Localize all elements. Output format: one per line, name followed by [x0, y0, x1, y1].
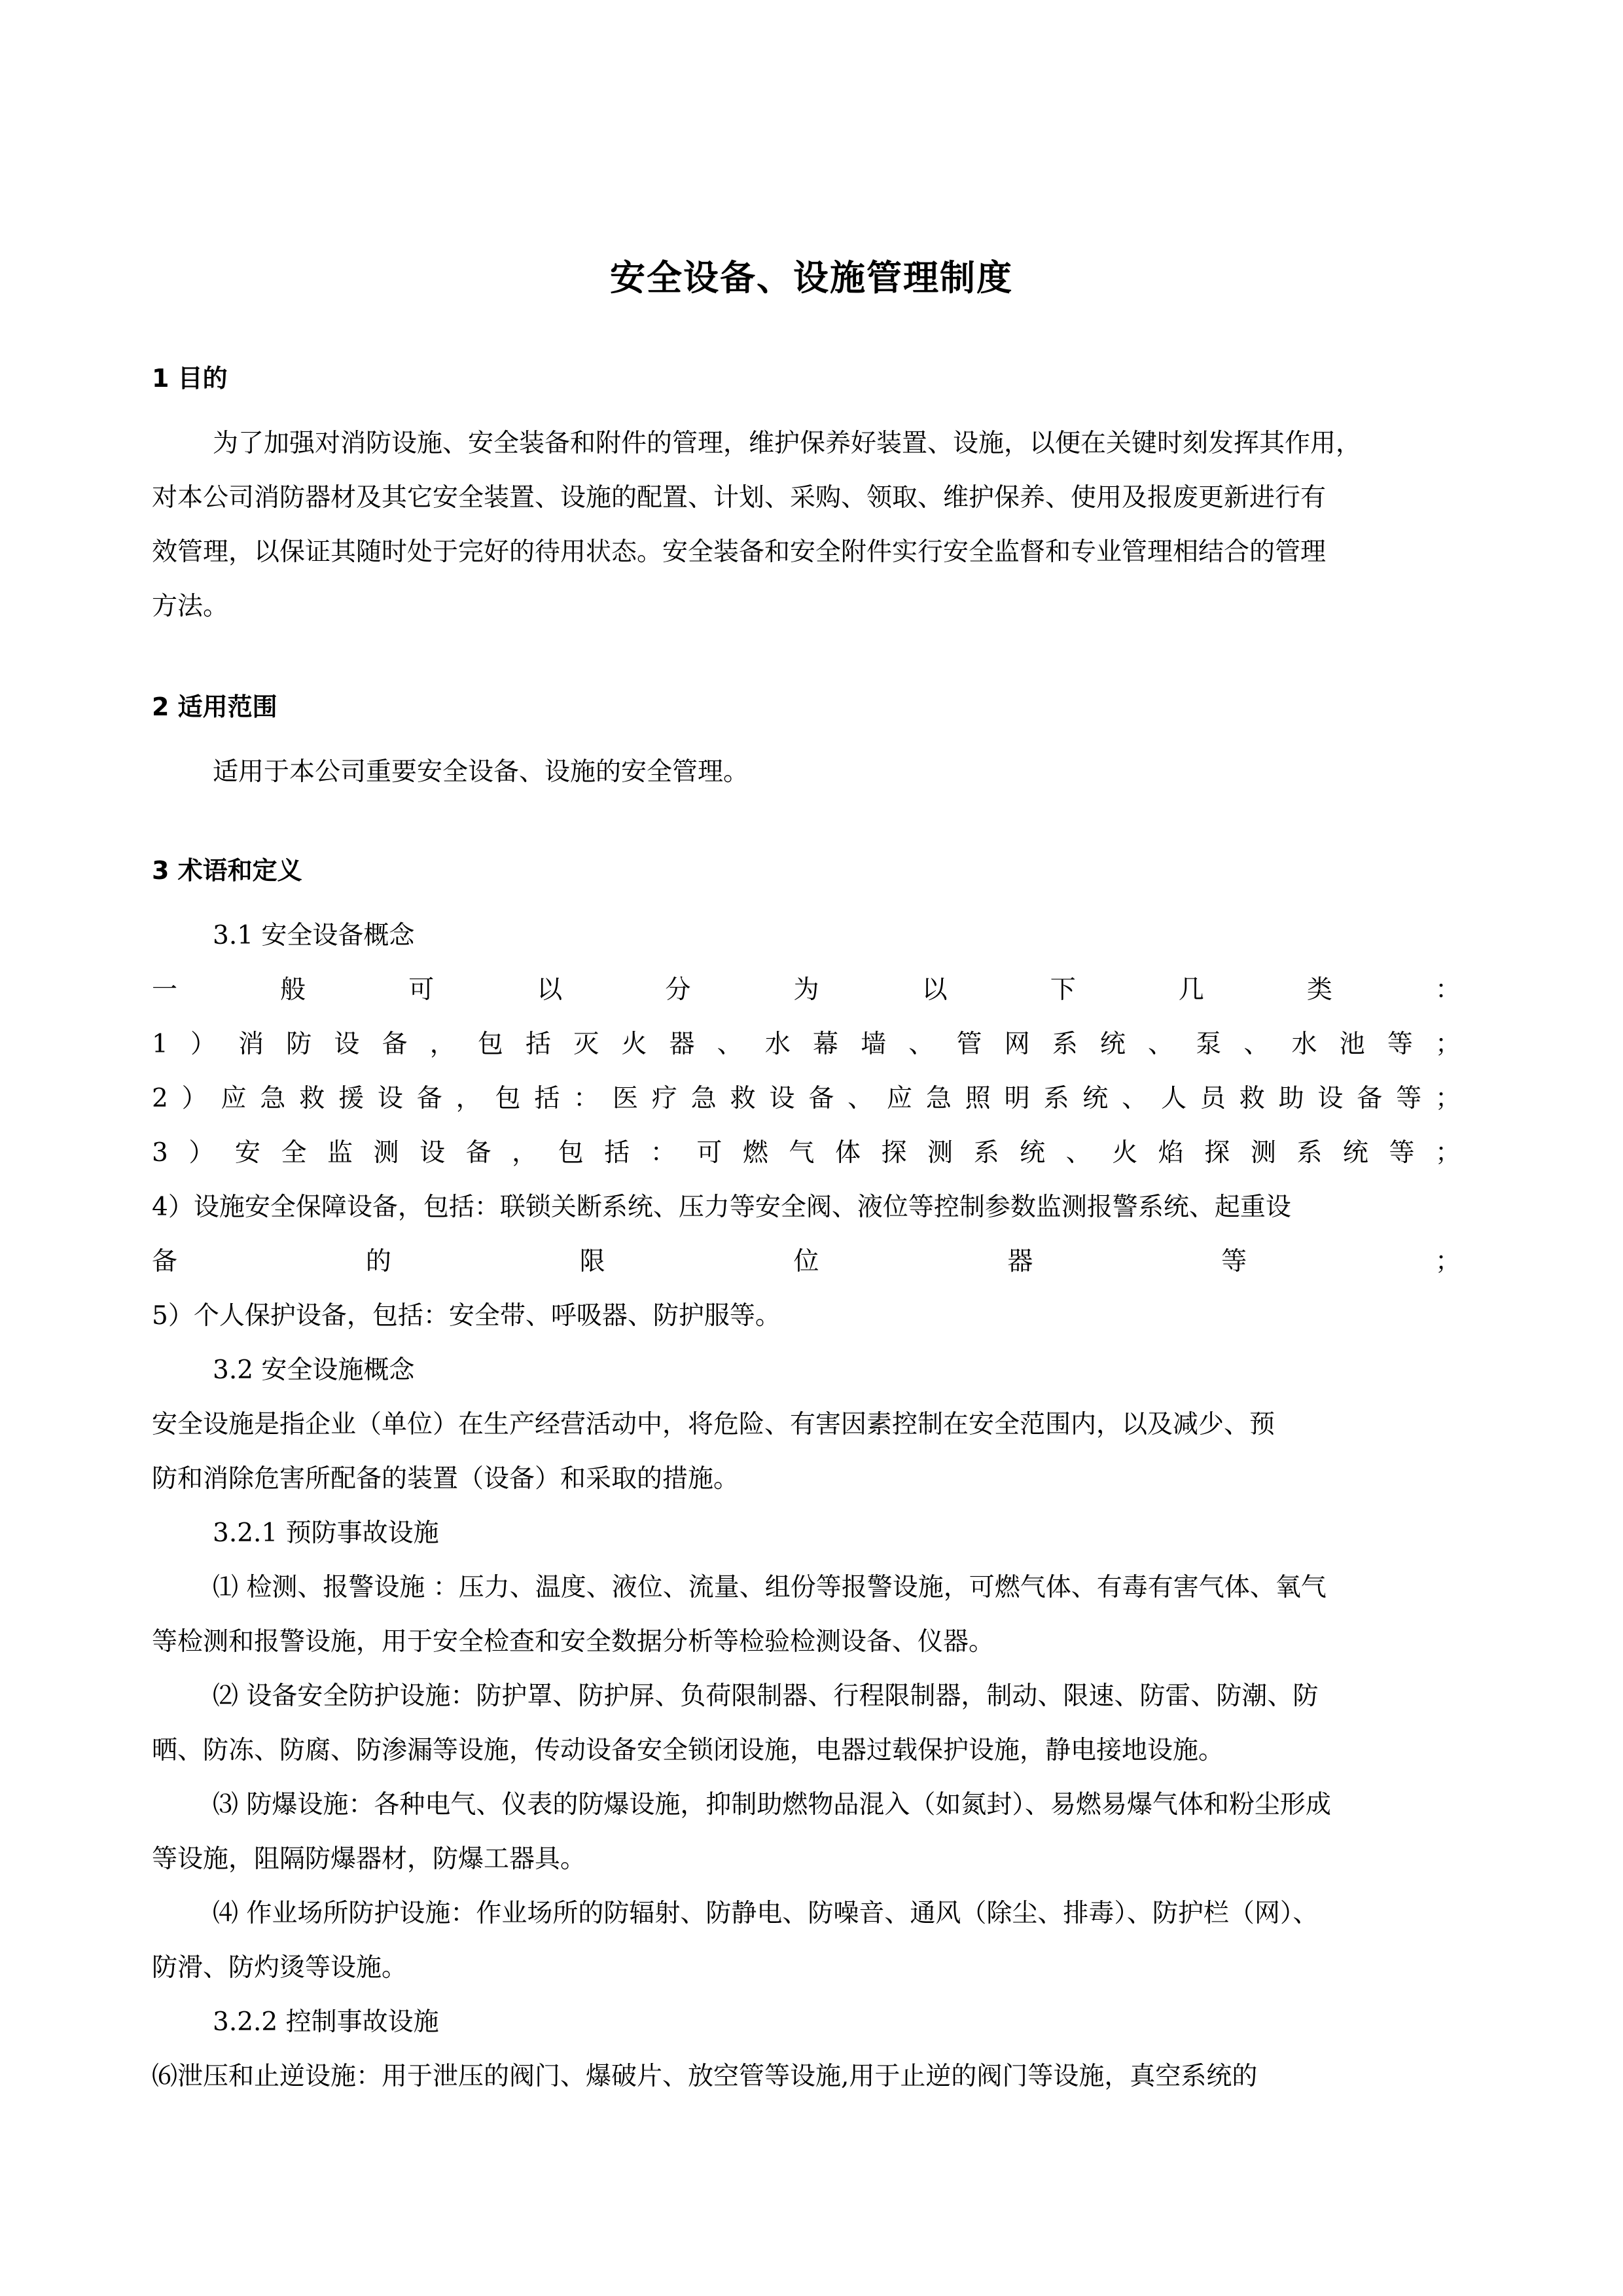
section-heading-scope: 2 适用范围 — [152, 687, 277, 726]
paragraph-line: 防和消除危害所配备的装置（设备）和采取的措施。 — [152, 1460, 1461, 1499]
paragraph-line: 5）个人保护设备，包括：安全带、呼吸器、防护服等。 — [152, 1297, 1461, 1336]
paragraph-line: 方法。 — [152, 587, 1461, 626]
paragraph-line: 效管理，以保证其随时处于完好的待用状态。安全装备和安全附件实行安全监督和专业管理… — [152, 533, 1461, 572]
paragraph-line: 一般可以分为以下几类： — [152, 971, 1461, 1010]
paragraph-line: 晒、防冻、防腐、防渗漏等设施，传动设备安全锁闭设施，电器过载保护设施，静电接地设… — [152, 1731, 1461, 1770]
subsection-heading-3-2-2: 3.2.2 控制事故设施 — [213, 2003, 439, 2042]
subsection-heading-3-2-1: 3.2.1 预防事故设施 — [213, 1514, 439, 1553]
paragraph-line: ⑷ 作业场所防护设施：作业场所的防辐射、防静电、防噪音、通风（除尘、排毒）、防护… — [213, 1894, 1522, 1933]
paragraph-line: 备的限位器等； — [152, 1242, 1461, 1282]
paragraph-line: 为了加强对消防设施、安全装备和附件的管理，维护保养好装置、设施，以便在关键时刻发… — [213, 424, 1463, 463]
paragraph-line: ⑹泄压和止逆设施：用于泄压的阀门、爆破片、放空管等设施,用于止逆的阀门等设施，真… — [152, 2057, 1461, 2096]
document-page: 安全设备、设施管理制度 1 目的 为了加强对消防设施、安全装备和附件的管理，维护… — [0, 0, 1623, 2296]
paragraph-line: ⑵ 设备安全防护设施：防护罩、防护屏、负荷限制器、行程限制器，制动、限速、防雷、… — [213, 1677, 1522, 1716]
paragraph-line: 对本公司消防器材及其它安全装置、设施的配置、计划、采购、领取、维护保养、使用及报… — [152, 478, 1461, 518]
paragraph-line: 防滑、防灼烫等设施。 — [152, 1948, 1461, 1988]
paragraph-line: 等设施，阻隔防爆器材，防爆工器具。 — [152, 1840, 1461, 1879]
paragraph-line: 4）设施安全保障设备，包括：联锁关断系统、压力等安全阀、液位等控制参数监测报警系… — [152, 1188, 1461, 1227]
paragraph-line: 适用于本公司重要安全设备、设施的安全管理。 — [213, 753, 1522, 792]
section-heading-purpose: 1 目的 — [152, 359, 228, 398]
document-title: 安全设备、设施管理制度 — [0, 252, 1623, 304]
paragraph-line: 2）应急救援设备，包括：医疗急救设备、应急照明系统、人员救助设备等； — [152, 1079, 1461, 1119]
subsection-heading-3-2: 3.2 安全设施概念 — [213, 1351, 414, 1390]
paragraph-line: 等检测和报警设施，用于安全检查和安全数据分析等检验检测设备、仪器。 — [152, 1623, 1461, 1662]
subsection-heading-3-1: 3.1 安全设备概念 — [213, 916, 414, 956]
paragraph-line: 安全设施是指企业（单位）在生产经营活动中，将危险、有害因素控制在安全范围内，以及… — [152, 1405, 1461, 1444]
paragraph-line: 3）安全监测设备，包括：可燃气体探测系统、火焰探测系统等； — [152, 1134, 1461, 1173]
paragraph-line: 1）消防设备，包括灭火器、水幕墙、管网系统、泵、水池等； — [152, 1025, 1461, 1064]
paragraph-line: ⑴ 检测、报警设施 ：压力、温度、液位、流量、组份等报警设施，可燃气体、有毒有害… — [213, 1568, 1522, 1607]
paragraph-line: ⑶ 防爆设施：各种电气、仪表的防爆设施，抑制助燃物品混入（如氮封）、易燃易爆气体… — [213, 1785, 1522, 1825]
section-heading-terms: 3 术语和定义 — [152, 851, 302, 890]
